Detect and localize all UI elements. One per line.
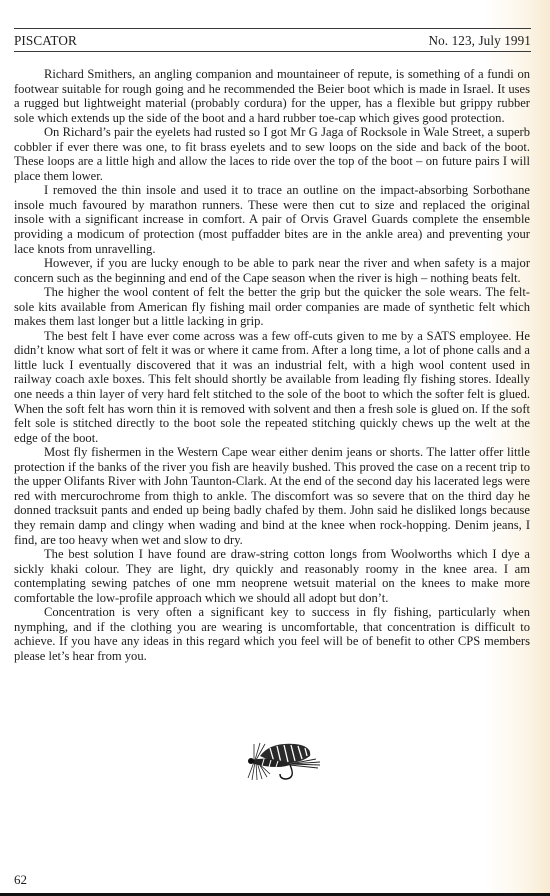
- paragraph: Most fly fishermen in the Western Cape w…: [14, 445, 530, 547]
- paragraph: Richard Smithers, an angling companion a…: [14, 67, 530, 125]
- paragraph: The best solution I have found are draw-…: [14, 547, 530, 605]
- paragraph: The best felt I have ever come across wa…: [14, 329, 530, 445]
- fishing-fly-icon: [240, 734, 330, 784]
- article-body: Richard Smithers, an angling companion a…: [14, 67, 530, 663]
- publication-title: PISCATOR: [14, 33, 77, 49]
- paragraph: I removed the thin insole and used it to…: [14, 183, 530, 256]
- paragraph: On Richard’s pair the eyelets had rusted…: [14, 125, 530, 183]
- paragraph: Concentration is very often a significan…: [14, 605, 530, 663]
- running-head: PISCATOR No. 123, July 1991: [14, 33, 531, 49]
- paragraph: However, if you are lucky enough to be a…: [14, 256, 530, 285]
- paragraph: The higher the wool content of felt the …: [14, 285, 530, 329]
- header-bottom-rule: [14, 51, 531, 52]
- issue-info: No. 123, July 1991: [428, 33, 531, 49]
- page-number: 62: [14, 873, 27, 887]
- header-top-rule: [14, 28, 531, 29]
